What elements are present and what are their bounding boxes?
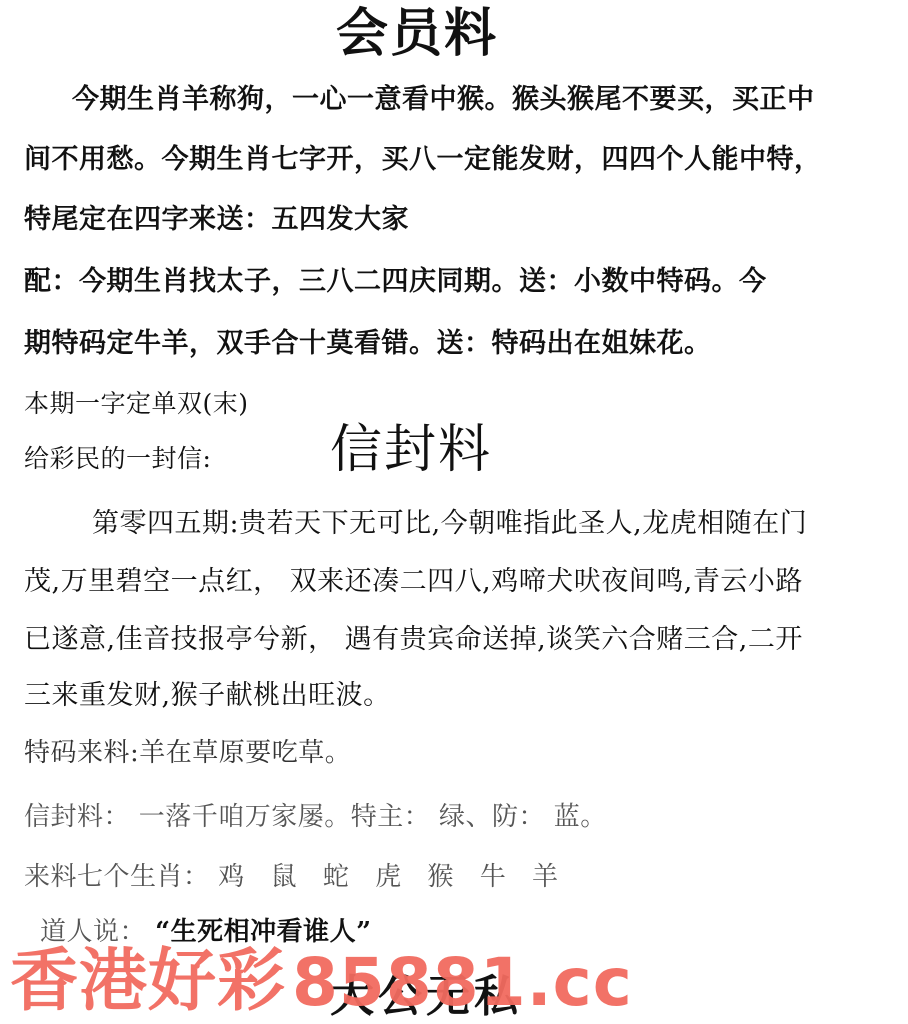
member-section-title: 会员料 xyxy=(336,8,498,60)
quote-row: 道人说： “生死相冲看谁人” xyxy=(24,918,372,945)
zodiac-item: 鸡 xyxy=(218,862,244,892)
letter-intro: 给彩民的一封信: xyxy=(24,446,211,471)
seven-zodiacs-row: 来料七个生肖： 鸡 鼠 蛇 虎 猴 牛 羊 xyxy=(24,864,558,890)
letter-line-4: 三来重发财,猴子献桃出旺波。 xyxy=(24,682,391,709)
member-line-5: 期特码定牛羊，双手合十莫看错。送：特码出在姐妹花。 xyxy=(24,330,712,357)
member-line-6: 本期一字定单双(末) xyxy=(24,391,249,416)
member-line-3: 特尾定在四字来送：五四发大家 xyxy=(24,206,409,233)
letter-line-2: 茂,万里碧空一点红， 双来还凑二四八,鸡啼犬吠夜间鸣,青云小路 xyxy=(24,568,803,595)
zodiac-item: 牛 xyxy=(480,862,506,892)
member-line-1: 今期生肖羊称狗，一心一意看中猴。猴头猴尾不要买，买正中 xyxy=(72,86,815,113)
letter-section-title: 信封料 xyxy=(330,424,492,476)
envelope-line: 信封料： 一落千咱万家屡。特主： 绿、防： 蓝。 xyxy=(24,804,607,830)
seven-zodiacs-label: 来料七个生肖： xyxy=(24,862,210,892)
zodiac-item: 蛇 xyxy=(323,862,349,892)
watermark-site: 85881.cc xyxy=(292,950,633,1016)
zodiac-item: 羊 xyxy=(532,862,558,892)
special-code-line: 特码来料:羊在草原要吃草。 xyxy=(24,740,351,766)
letter-line-1: 第零四五期:贵若天下无可比,今朝唯指此圣人,龙虎相随在门 xyxy=(92,510,807,537)
zodiac-list: 鸡 鼠 蛇 虎 猴 牛 羊 xyxy=(218,862,558,892)
member-line-2: 间不用愁。今期生肖七字开，买八一定能发财，四四个人能中特， xyxy=(24,146,822,173)
letter-line-3: 已遂意,佳音技报亭兮新， 遇有贵宾命送掉,谈笑六合赌三合,二开 xyxy=(24,626,803,653)
zodiac-item: 猴 xyxy=(427,862,453,892)
zodiac-item: 鼠 xyxy=(271,862,297,892)
zodiac-item: 虎 xyxy=(375,862,401,892)
watermark-cn: 香港好彩 xyxy=(10,948,286,1016)
member-line-4: 配：今期生肖找太子，三八二四庆同期。送：小数中特码。今 xyxy=(24,268,767,295)
